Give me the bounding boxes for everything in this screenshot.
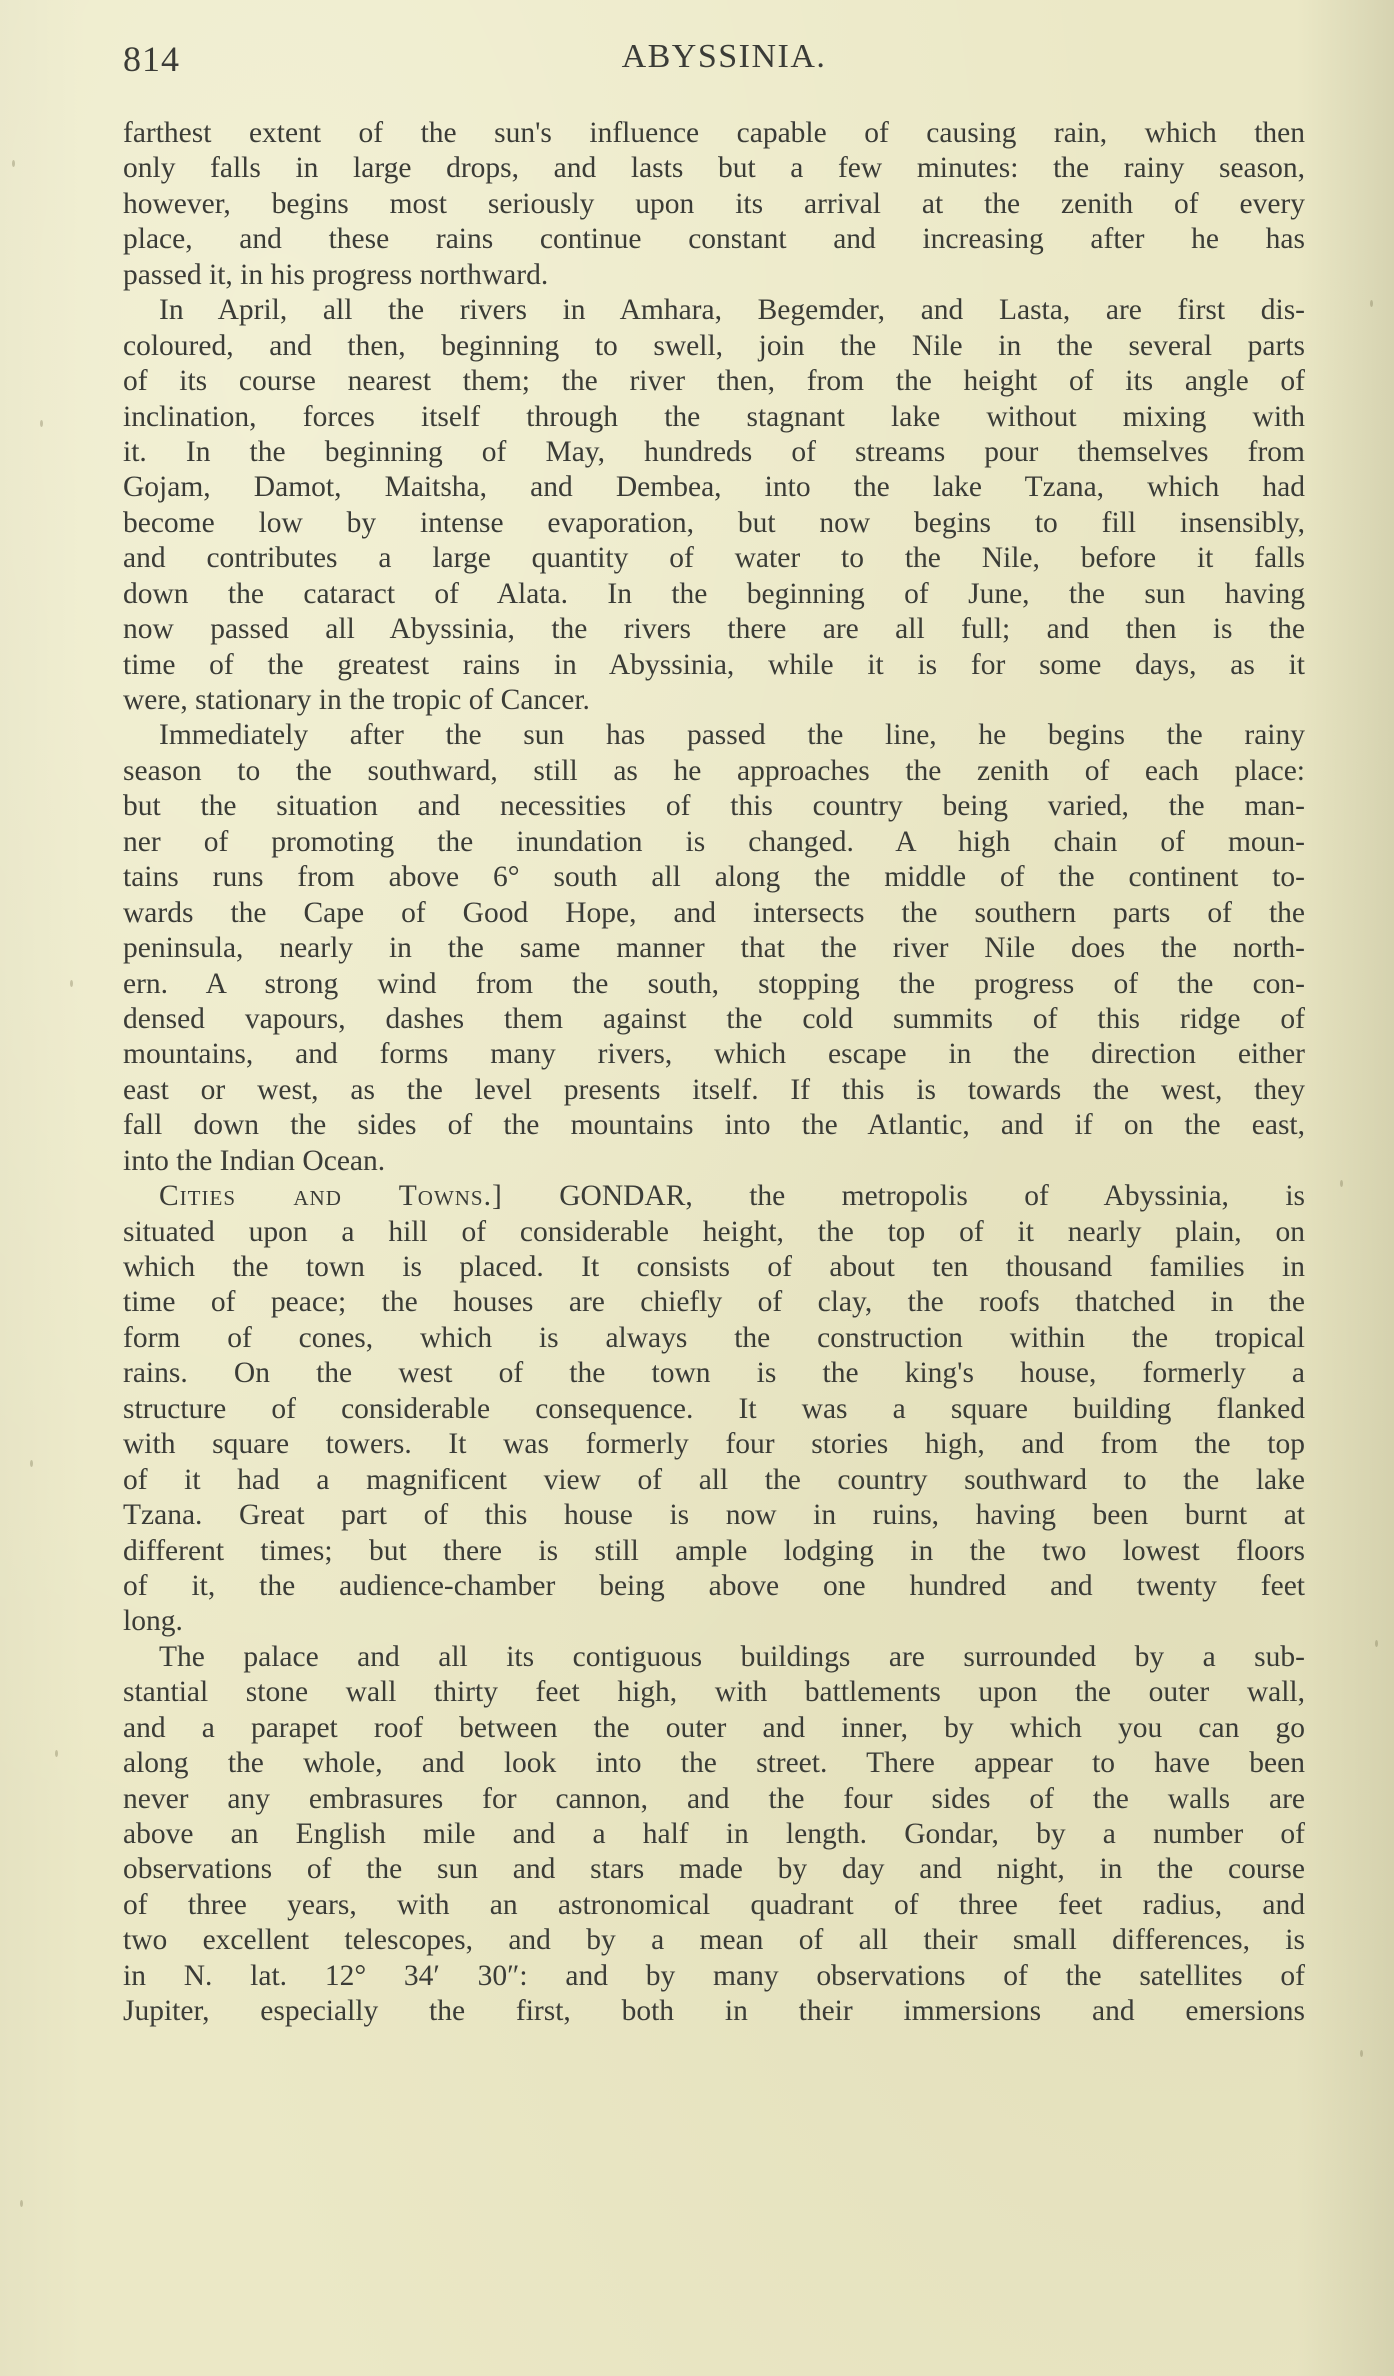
text-line: above an English mile and a half in leng… [123, 1817, 1305, 1852]
text-line: ner of promoting the inundation is chang… [123, 825, 1305, 860]
text-line: coloured, and then, beginning to swell, … [123, 329, 1305, 364]
text-line: it. In the beginning of May, hundreds of… [123, 435, 1305, 470]
line-text: densed vapours, dashes them against the … [123, 1003, 1305, 1035]
text-line: tains runs from above 6° south all along… [123, 860, 1305, 895]
paper-speck [70, 980, 73, 987]
line-text: peninsula, nearly in the same manner tha… [123, 932, 1305, 964]
line-text: of three years, with an astronomical qua… [123, 1889, 1305, 1921]
text-line: Cities and Towns.] GONDAR, the metropoli… [123, 1179, 1305, 1214]
text-line: of it had a magnificent view of all the … [123, 1463, 1305, 1498]
line-text: GONDAR, the metropolis of Abyssinia, is [559, 1180, 1305, 1212]
paper-speck [12, 160, 15, 167]
body-text: farthest extent of the sun's influence c… [123, 116, 1305, 2030]
line-text: with square towers. It was formerly four… [123, 1428, 1305, 1460]
text-line: In April, all the rivers in Amhara, Bege… [123, 293, 1305, 328]
text-line: never any embrasures for cannon, and the… [123, 1782, 1305, 1817]
line-text: place, and these rains continue constant… [123, 223, 1305, 255]
text-line: different times; but there is still ampl… [123, 1534, 1305, 1569]
line-text: but the situation and necessities of thi… [123, 790, 1305, 822]
line-text: passed it, in his progress northward. [123, 259, 548, 291]
text-line: become low by intense evaporation, but n… [123, 506, 1305, 541]
text-line: peninsula, nearly in the same manner tha… [123, 931, 1305, 966]
line-text: which the town is placed. It consists of… [123, 1251, 1305, 1283]
line-text: along the whole, and look into the stree… [123, 1747, 1305, 1779]
paper-speck [1360, 2050, 1363, 2057]
page-header: 814 ABYSSINIA. [123, 38, 1305, 98]
line-text: time of peace; the houses are chiefly of… [123, 1286, 1305, 1318]
text-line: down the cataract of Alata. In the begin… [123, 577, 1305, 612]
text-line: two excellent telescopes, and by a mean … [123, 1923, 1305, 1958]
paper-speck [55, 1750, 58, 1757]
text-line: rains. On the west of the town is the ki… [123, 1356, 1305, 1391]
line-text: of it, the audience-chamber being above … [123, 1570, 1305, 1602]
line-text: wards the Cape of Good Hope, and interse… [123, 897, 1305, 929]
line-text: season to the southward, still as he app… [123, 755, 1305, 787]
line-text: structure of considerable consequence. I… [123, 1393, 1305, 1425]
text-line: now passed all Abyssinia, the rivers the… [123, 612, 1305, 647]
line-text: were, stationary in the tropic of Cancer… [123, 684, 590, 716]
line-text: observations of the sun and stars made b… [123, 1853, 1305, 1885]
line-text: it. In the beginning of May, hundreds of… [123, 436, 1305, 468]
paper-speck [30, 1460, 33, 1467]
line-text: and contributes a large quantity of wate… [123, 542, 1305, 574]
line-text: different times; but there is still ampl… [123, 1535, 1305, 1567]
text-line: wards the Cape of Good Hope, and interse… [123, 896, 1305, 931]
text-line: form of cones, which is always the const… [123, 1321, 1305, 1356]
text-line: but the situation and necessities of thi… [123, 789, 1305, 824]
text-line: long. [123, 1604, 1305, 1639]
line-text: in N. lat. 12° 34′ 30″: and by many obse… [123, 1960, 1305, 1992]
text-line: place, and these rains continue constant… [123, 222, 1305, 257]
line-text: The palace and all its contiguous buildi… [159, 1641, 1305, 1673]
text-line: however, begins most seriously upon its … [123, 187, 1305, 222]
text-line: and contributes a large quantity of wate… [123, 541, 1305, 576]
text-line: and a parapet roof between the outer and… [123, 1711, 1305, 1746]
text-line: passed it, in his progress northward. [123, 258, 1305, 293]
line-text: ner of promoting the inundation is chang… [123, 826, 1305, 858]
text-line: farthest extent of the sun's influence c… [123, 116, 1305, 151]
text-line: densed vapours, dashes them against the … [123, 1002, 1305, 1037]
line-text: of its course nearest them; the river th… [123, 365, 1305, 397]
line-text: tains runs from above 6° south all along… [123, 861, 1305, 893]
text-line: of three years, with an astronomical qua… [123, 1888, 1305, 1923]
paper-speck [1370, 300, 1373, 307]
line-text: time of the greatest rains in Abyssinia,… [123, 649, 1305, 681]
text-line: Gojam, Damot, Maitsha, and Dembea, into … [123, 470, 1305, 505]
line-text: now passed all Abyssinia, the rivers the… [123, 613, 1305, 645]
section-heading: Cities and Towns.] [159, 1180, 503, 1212]
paper-speck [1340, 1180, 1343, 1187]
text-line: into the Indian Ocean. [123, 1144, 1305, 1179]
paper-speck [20, 2200, 23, 2207]
text-line: Jupiter, especially the first, both in t… [123, 1994, 1305, 2029]
text-line: mountains, and forms many rivers, which … [123, 1037, 1305, 1072]
line-text: however, begins most seriously upon its … [123, 188, 1305, 220]
line-text: Jupiter, especially the first, both in t… [123, 1995, 1305, 2027]
line-text: ern. A strong wind from the south, stopp… [123, 968, 1305, 1000]
text-line: time of the greatest rains in Abyssinia,… [123, 648, 1305, 683]
line-text: only falls in large drops, and lasts but… [123, 152, 1305, 184]
line-text: long. [123, 1605, 183, 1637]
line-text: form of cones, which is always the const… [123, 1322, 1305, 1354]
line-text: become low by intense evaporation, but n… [123, 507, 1305, 539]
line-text: farthest extent of the sun's influence c… [123, 117, 1305, 149]
line-text: In April, all the rivers in Amhara, Bege… [159, 294, 1305, 326]
text-line: with square towers. It was formerly four… [123, 1427, 1305, 1462]
paper-speck [40, 420, 43, 427]
text-line: observations of the sun and stars made b… [123, 1852, 1305, 1887]
line-text: never any embrasures for cannon, and the… [123, 1783, 1305, 1815]
text-line: inclination, forces itself through the s… [123, 400, 1305, 435]
line-text: mountains, and forms many rivers, which … [123, 1038, 1305, 1070]
line-text: fall down the sides of the mountains int… [123, 1109, 1305, 1141]
line-text: Tzana. Great part of this house is now i… [123, 1499, 1305, 1531]
text-line: season to the southward, still as he app… [123, 754, 1305, 789]
text-line: Tzana. Great part of this house is now i… [123, 1498, 1305, 1533]
text-line: east or west, as the level presents itse… [123, 1073, 1305, 1108]
line-text: Immediately after the sun has passed the… [159, 719, 1305, 751]
line-text: into the Indian Ocean. [123, 1145, 385, 1177]
line-text: of it had a magnificent view of all the … [123, 1464, 1305, 1496]
line-text: two excellent telescopes, and by a mean … [123, 1924, 1305, 1956]
line-text: rains. On the west of the town is the ki… [123, 1357, 1305, 1389]
text-line: of its course nearest them; the river th… [123, 364, 1305, 399]
line-text: Gojam, Damot, Maitsha, and Dembea, into … [123, 471, 1305, 503]
text-line: time of peace; the houses are chiefly of… [123, 1285, 1305, 1320]
line-text: coloured, and then, beginning to swell, … [123, 330, 1305, 362]
text-line: were, stationary in the tropic of Cancer… [123, 683, 1305, 718]
line-text: situated upon a hill of considerable hei… [123, 1216, 1305, 1248]
text-line: situated upon a hill of considerable hei… [123, 1215, 1305, 1250]
paper-speck [1375, 1640, 1378, 1647]
line-text: down the cataract of Alata. In the begin… [123, 578, 1305, 610]
line-text: above an English mile and a half in leng… [123, 1818, 1305, 1850]
text-line: along the whole, and look into the stree… [123, 1746, 1305, 1781]
text-line: fall down the sides of the mountains int… [123, 1108, 1305, 1143]
text-line: of it, the audience-chamber being above … [123, 1569, 1305, 1604]
line-text: and a parapet roof between the outer and… [123, 1712, 1305, 1744]
line-text: east or west, as the level presents itse… [123, 1074, 1305, 1106]
text-line: which the town is placed. It consists of… [123, 1250, 1305, 1285]
line-text: inclination, forces itself through the s… [123, 401, 1305, 433]
text-line: in N. lat. 12° 34′ 30″: and by many obse… [123, 1959, 1305, 1994]
text-line: stantial stone wall thirty feet high, wi… [123, 1675, 1305, 1710]
text-line: ern. A strong wind from the south, stopp… [123, 967, 1305, 1002]
text-line: Immediately after the sun has passed the… [123, 718, 1305, 753]
text-line: structure of considerable consequence. I… [123, 1392, 1305, 1427]
line-text: stantial stone wall thirty feet high, wi… [123, 1676, 1305, 1708]
text-line: only falls in large drops, and lasts but… [123, 151, 1305, 186]
running-head: ABYSSINIA. [123, 38, 1305, 76]
text-line: The palace and all its contiguous buildi… [123, 1640, 1305, 1675]
